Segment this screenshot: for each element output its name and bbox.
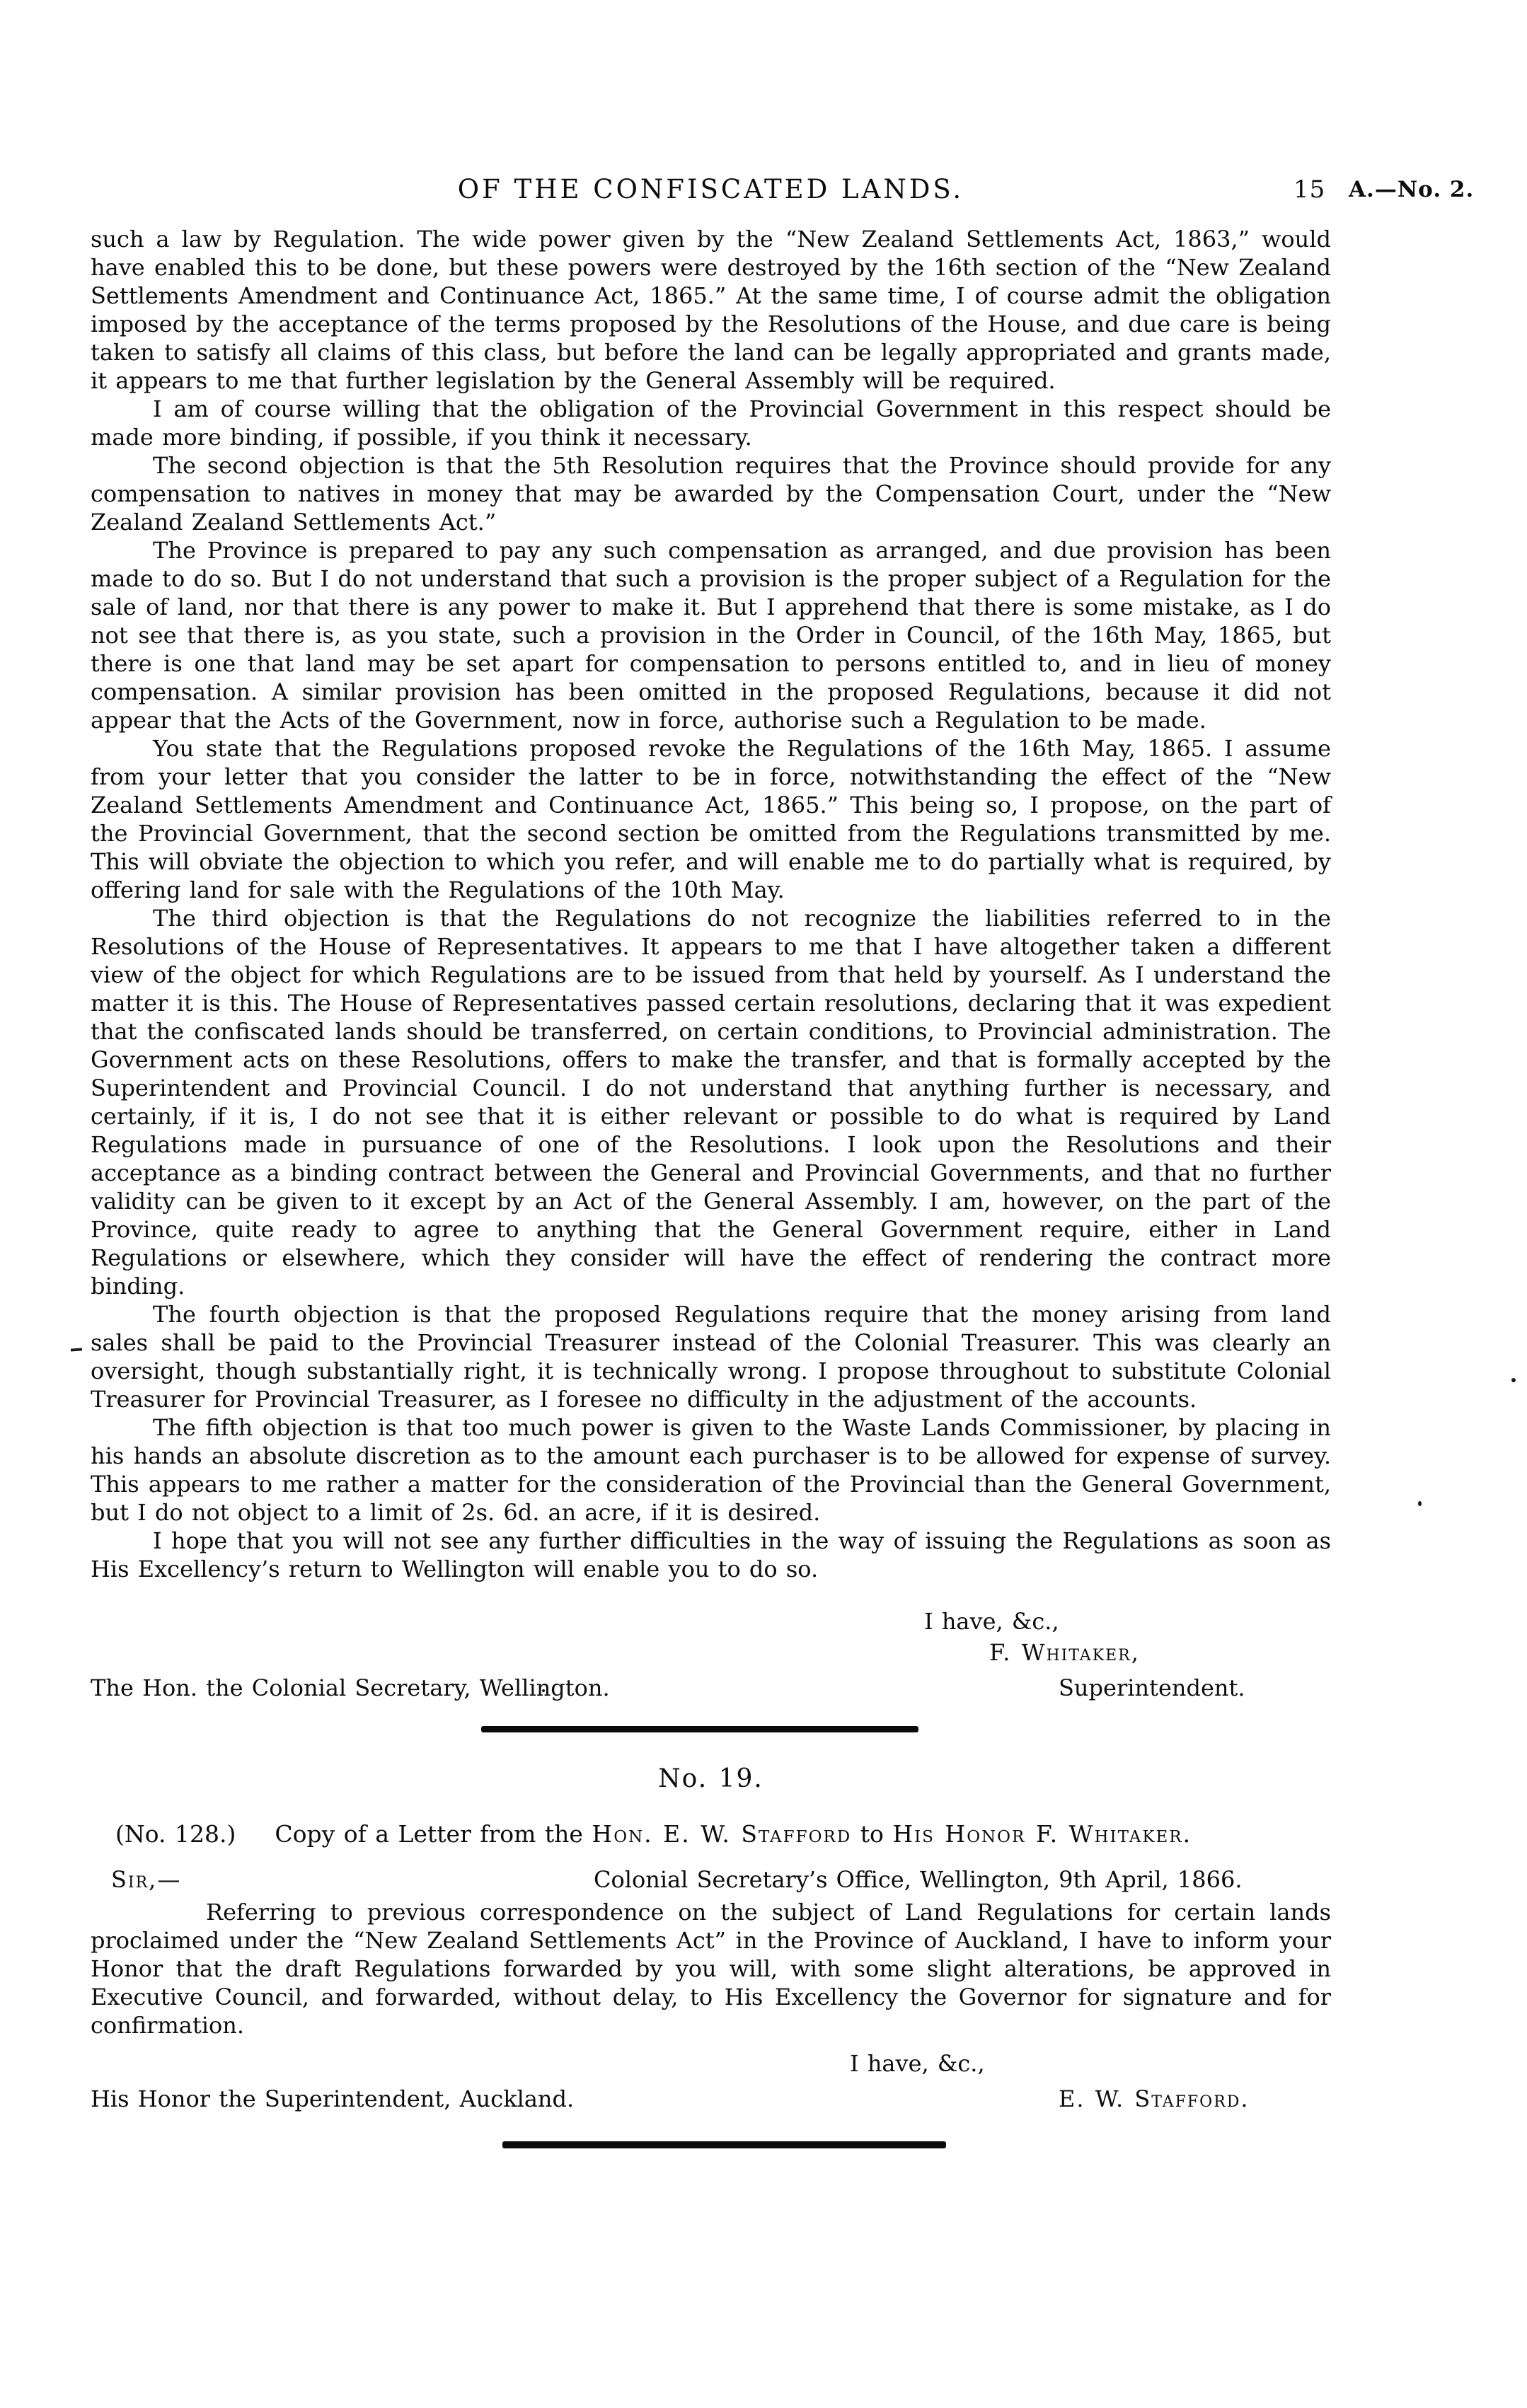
page-number: 15: [1293, 175, 1325, 204]
letter-title-text: .: [1183, 1820, 1191, 1848]
letter-title-text: Copy of a Letter from the: [275, 1820, 592, 1848]
letter-paragraph: Referring to previous correspondence on …: [91, 1898, 1331, 2039]
series-reference: A.—No. 2.: [1349, 177, 1474, 202]
letter-paragraph: I hope that you will not see any further…: [91, 1527, 1331, 1583]
signature-title: Superintendent.: [1059, 1674, 1245, 1702]
ink-speck: [1418, 1501, 1422, 1506]
ink-speck: [542, 1689, 545, 1692]
letter-paragraph: The third objection is that the Regulati…: [91, 904, 1331, 1300]
salutation: Sir,—: [111, 1865, 181, 1894]
signature-name: E. W. Stafford.: [1059, 2085, 1250, 2113]
letter-paragraph: The second objection is that the 5th Res…: [91, 451, 1331, 536]
letter-title-line: (No. 128.)Copy of a Letter from the Hon.…: [91, 1820, 1331, 1848]
letter-paragraph: I am of course willing that the obligati…: [91, 395, 1331, 451]
text-column: such a law by Regulation. The wide power…: [91, 225, 1331, 2148]
addressee: The Hon. the Colonial Secretary, Welling…: [91, 1674, 610, 1701]
letter-sender: Hon. E. W. Stafford: [592, 1820, 851, 1848]
ink-speck: [71, 1348, 82, 1351]
letter-number-heading: No. 19.: [91, 1765, 1331, 1793]
signature-name: F. Whitaker,: [989, 1638, 1331, 1667]
letter-paragraph: The fifth objection is that too much pow…: [91, 1413, 1331, 1527]
running-title: OF THE CONFISCATED LANDS.: [91, 174, 1331, 204]
ink-speck: [1511, 1378, 1516, 1382]
letter-recipient: His Honor F. Whitaker: [892, 1820, 1182, 1848]
valediction: I have, &c.,: [850, 2049, 1331, 2078]
dateline: Colonial Secretary’s Office, Wellington,…: [594, 1865, 1242, 1894]
letter-paragraph: such a law by Regulation. The wide power…: [91, 225, 1331, 395]
letter-paragraph: The Province is prepared to pay any such…: [91, 536, 1331, 734]
letter-paragraph: You state that the Regulations proposed …: [91, 734, 1331, 904]
salutation-row: Sir,— Colonial Secretary’s Office, Welli…: [91, 1865, 1331, 1894]
valediction: I have, &c.,: [924, 1607, 1331, 1636]
addressee: His Honor the Superintendent, Auckland.: [91, 2085, 574, 2112]
section-divider-rule: [481, 1726, 918, 1732]
letter-title-text: to: [851, 1820, 892, 1848]
addressee-row: His Honor the Superintendent, Auckland. …: [91, 2085, 1331, 2113]
end-divider-rule: [502, 2141, 946, 2148]
document-page: OF THE CONFISCATED LANDS. 15 A.—No. 2. s…: [0, 0, 1527, 2408]
letter-paragraph: The fourth objection is that the propose…: [91, 1300, 1331, 1413]
letter-ref-number: (No. 128.): [115, 1820, 236, 1848]
addressee-row: The Hon. the Colonial Secretary, Welling…: [91, 1674, 1331, 1702]
